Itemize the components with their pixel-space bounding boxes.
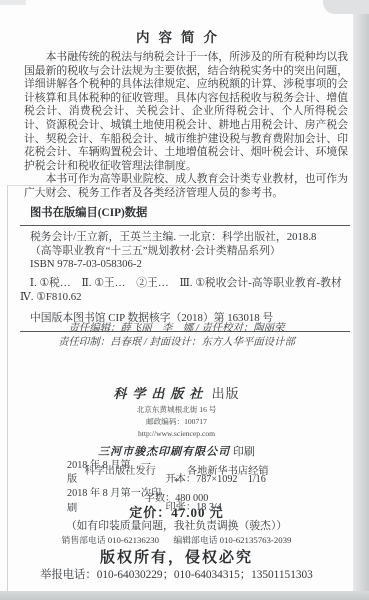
staff-credits: 责任编辑：薛飞丽 李 娜 / 责任校对：陶丽荣 责任印制：吕春珉 / 封面设计：…: [0, 322, 353, 350]
sales-phone: 销售部电话 010-62136230: [62, 535, 160, 545]
scan-shadow-top-right: [323, 0, 369, 14]
edition-label: 2018 年 8 月第 一 版: [67, 459, 163, 487]
cip-series-line: （高等职业教育“十三五”规划教材·会计类精品系列）: [30, 245, 350, 258]
printer-line: 三河市骏杰印刷有限公司 印刷: [0, 443, 353, 459]
publisher-name: 科学出版社: [113, 386, 208, 401]
quality-note: （如有印装质量问题，我社负责调换（骏杰））: [0, 518, 353, 533]
editorial-phone: 编辑部电话 010-62135763-2039: [173, 535, 291, 545]
report-phones-line: 举报电话：010-64030229；010-64034315；135011513…: [0, 566, 353, 582]
credits-production-line: 责任印制：吕春珉 / 封面设计：东方人华平面设计部: [0, 336, 353, 350]
cip-classification-line: Ⅰ. ①税… Ⅱ. ①王… ②王… Ⅲ. ①税收会计-高等职业教育-教材 Ⅳ. …: [20, 276, 350, 305]
publisher-name-suffix: 出版: [212, 386, 240, 401]
copyright-notice: 版权所有，侵权必究: [0, 546, 353, 567]
scan-edge-bottom: [0, 591, 369, 600]
cip-rule-top: [20, 225, 350, 226]
cip-isbn-line: ISBN 978-7-03-058306-2: [30, 258, 350, 271]
credits-editors-line: 责任编辑：薛飞丽 李 娜 / 责任校对：陶丽荣: [0, 322, 353, 336]
cip-title-line: 税务会计/王立新，王英兰主编. 一北京：科学出版社，2018.8: [30, 231, 350, 244]
contact-phones-line: 销售部电话 010-62136230 编辑部电话 010-62135763-20…: [0, 533, 353, 546]
spec-line-edition: 2018 年 8 月第 一 版 开本：787×1092 1/16: [67, 459, 369, 487]
publisher-postcode: 邮政编码：100717: [0, 417, 353, 426]
scan-shadow-top-left: [0, 0, 26, 5]
cip-heading: 图书在版编目(CIP)数据: [20, 204, 350, 220]
publisher-address: 北京东黄城根北街 16 号: [0, 405, 353, 414]
publisher-name-line: 科学出版社 出版: [0, 383, 353, 402]
printer-suffix: 印刷: [233, 446, 255, 458]
book-copyright-page: 内容简介 本书融传统的税法与纳税会计于一体，所涉及的所有税种均以我国最新的税收与…: [0, 0, 369, 600]
intro-title: 内容简介: [0, 26, 353, 46]
intro-paragraph-2: 本书可作为高等职业院校、成人教育会计类专业教材，也可作为广大财会、税务工作者及各…: [24, 173, 348, 200]
publisher-website: http://www.sciencep.com: [0, 429, 353, 438]
cip-lines: 税务会计/王立新，王英兰主编. 一北京：科学出版社，2018.8 （高等职业教育…: [20, 231, 350, 272]
format-label: 开本：787×1092 1/16: [166, 474, 266, 485]
intro-body: 本书融传统的税法与纳税会计于一体，所涉及的所有税种均以我国最新的税收与会计法规为…: [24, 51, 348, 201]
cip-section: 图书在版编目(CIP)数据 税务会计/王立新，王英兰主编. 一北京：科学出版社，…: [20, 204, 350, 332]
printer-name: 三河市骏杰印刷有限公司: [98, 446, 230, 458]
intro-paragraph-1: 本书融传统的税法与纳税会计于一体，所涉及的所有税种均以我国最新的税收与会计法规为…: [24, 51, 348, 173]
